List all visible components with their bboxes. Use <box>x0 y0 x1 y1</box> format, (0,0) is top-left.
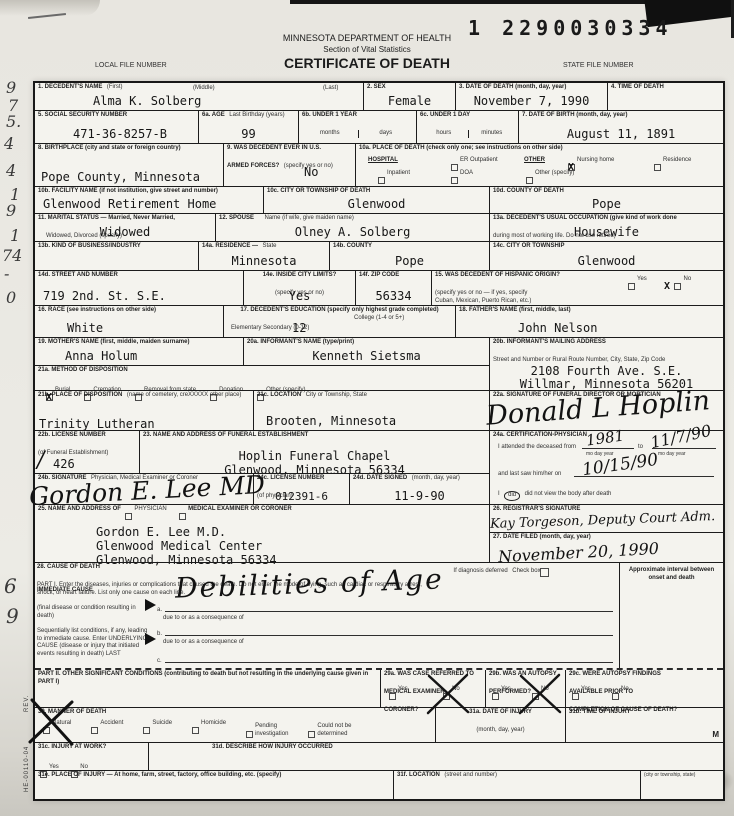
left-column: 22b. LICENSE NUMBER (of Funeral Establis… <box>35 431 489 504</box>
option-homicide: Homicide <box>192 720 226 738</box>
option-label-wrap: Could not bedetermined <box>317 723 351 738</box>
option-yes: Yes <box>572 686 591 704</box>
field-label: 14c. CITY OR TOWNSHIP <box>493 243 564 251</box>
field-3-date-of-death: 3. DATE OF DEATH (month, day, year) Nove… <box>455 83 607 110</box>
value: No <box>304 166 318 180</box>
value: Female <box>364 95 455 109</box>
checkbox <box>192 727 199 734</box>
field-31f-location: 31f. LOCATION (street and number) <box>393 771 640 799</box>
scanned-death-certificate: 1 2290030334 MINNESOTA DEPARTMENT OF HEA… <box>0 0 734 816</box>
checkbox: X <box>568 164 575 171</box>
field-14d-street: 14d. STREET AND NUMBER 719 2nd. St. S.E. <box>35 271 243 305</box>
option-yes: Yes <box>492 686 511 704</box>
value-line-1: Gordon E. Lee M.D. <box>96 526 486 540</box>
field-label: 8. BIRTHPLACE (city and state or foreign… <box>38 145 181 153</box>
option-physician: PHYSICIAN <box>134 506 166 514</box>
state-file-number-label: STATE FILE NUMBER <box>563 62 634 71</box>
header-department: MINNESOTA DEPARTMENT OF HEALTH <box>0 33 734 43</box>
field-label: 9. WAS DECEDENT EVER IN U.S. <box>227 145 321 153</box>
field-1-decedent-name: 1. DECEDENT'S NAME (First) (Middle) (Las… <box>35 83 363 110</box>
value: Glenwood <box>264 198 489 212</box>
group-other: OTHER <box>524 157 545 165</box>
sublabel: Last Birthday (years) <box>229 112 284 120</box>
row-residence: 13b. KIND OF BUSINESS/INDUSTRY 14a. RESI… <box>35 241 723 270</box>
label-text: did not view the body after death <box>525 491 612 499</box>
field-label: 14a. RESIDENCE — <box>202 243 258 251</box>
cause-line-c <box>165 652 613 663</box>
value: White <box>67 322 103 336</box>
field-label: 31f. LOCATION <box>397 772 440 780</box>
field-31b-time-of-injury: 31b. TIME OF INJURY M <box>565 708 723 742</box>
field-10b-facility-name: 10b. FACILITY NAME (if not institution, … <box>35 187 263 213</box>
field-label: 28. CAUSE OF DEATH <box>37 564 100 572</box>
field-6b-under-1-year: 6b. UNDER 1 YEAR months days <box>298 111 416 143</box>
checkbox <box>526 177 533 184</box>
sublabel: (month, day, year) <box>439 727 562 735</box>
right-column: 26. REGISTRAR'S SIGNATURE Kay Torgeson, … <box>489 505 723 562</box>
sublabel: City or Township, State <box>306 392 367 400</box>
field-31e-place-of-injury: 31e. PLACE OF INJURY — At home, farm, st… <box>35 771 393 799</box>
sublabel-middle: (Middle) <box>193 85 215 93</box>
sequential-instructions: Sequentially list conditions, if any, le… <box>37 628 149 658</box>
option-label: Accident <box>100 720 123 728</box>
field-label: 11. MARITAL STATUS — Married, Never Marr… <box>38 215 175 223</box>
checkbox <box>308 731 315 738</box>
value: Brooten, Minnesota <box>266 415 396 429</box>
row-marital-spouse-occupation: 11. MARITAL STATUS — Married, Never Marr… <box>35 213 723 241</box>
checkbox <box>674 283 681 290</box>
field-label: 3. DATE OF DEATH (month, day, year) <box>459 84 566 92</box>
row-place-of-injury: 31e. PLACE OF INJURY — At home, farm, st… <box>35 770 723 799</box>
x-mark: X <box>568 162 574 173</box>
value: Pope County, Minnesota <box>41 171 200 185</box>
field-5-ssn: 5. SOCIAL SECURITY NUMBER 471-36-8257-B <box>35 111 198 143</box>
diagnosis-deferred: If diagnosis deferred Check box <box>451 568 543 586</box>
option-label: No <box>683 276 691 284</box>
margin-mark: 74 <box>2 246 22 265</box>
field-22b-license-number: 22b. LICENSE NUMBER (of Funeral Establis… <box>35 431 139 473</box>
value: 426 <box>53 458 75 472</box>
checkbox-label: Check box <box>512 568 540 576</box>
group-hospital: HOSPITAL <box>368 157 398 165</box>
option-no-checked: X No <box>664 276 691 294</box>
checkbox <box>246 731 253 738</box>
value: 471-36-8257-B <box>73 128 167 142</box>
row-certifier-registrar: 25. NAME AND ADDRESS OF PHYSICIAN MEDICA… <box>35 504 723 562</box>
field-label-2: ARMED FORCES? <box>227 163 279 171</box>
field-28-cause-of-death: 28. CAUSE OF DEATH PART I. Enter the dis… <box>35 563 619 668</box>
form-code-vertical: HE-00110-04 <box>24 746 30 792</box>
field-27-date-filed: 27. DATE FILED (month, day, year) Novemb… <box>490 532 723 562</box>
field-label: 1. DECEDENT'S NAME <box>38 84 102 92</box>
checkbox <box>492 693 499 700</box>
value: Kenneth Sietsma <box>244 350 489 364</box>
field-label: 29c. WERE AUTOPSY FINDINGS <box>569 671 661 679</box>
field-25-certifier-name-address: 25. NAME AND ADDRESS OF PHYSICIAN MEDICA… <box>35 505 489 562</box>
immediate-cause-stub: IMMEDIATE CAUSE (final disease or condit… <box>37 587 149 658</box>
field-15-hispanic-origin: 15. WAS DECEDENT OF HISPANIC ORIGIN? (sp… <box>431 271 723 305</box>
sublabel: (street and number) <box>444 772 497 780</box>
deferred-label: If diagnosis deferred <box>453 568 507 576</box>
meridiem-label: M <box>712 730 719 740</box>
referred-no-x-mark <box>424 672 472 716</box>
row-cause-of-death: 28. CAUSE OF DEATH PART I. Enter the dis… <box>35 562 723 668</box>
field-14e-inside-city-limits: 14e. INSIDE CITY LIMITS? (specify yes or… <box>243 271 355 305</box>
field-10c-city-of-death: 10c. CITY OR TOWNSHIP OF DEATH Glenwood <box>263 187 489 213</box>
row-decedent: 1. DECEDENT'S NAME (First) (Middle) (Las… <box>35 83 723 110</box>
last-saw-text: and last saw him/her on <box>498 471 561 489</box>
field-30-manner-of-death: 30. MANNER OF DEATH Natural Accident Sui… <box>35 708 435 742</box>
value: Pope <box>330 255 489 269</box>
attended-text: I attended the deceased from <box>498 444 576 462</box>
field-20a-informant-name: 20a. INFORMANT'S NAME (type/print) Kenne… <box>243 338 489 365</box>
option-no: No <box>612 686 629 704</box>
value: Glenwood Retirement Home <box>43 198 216 212</box>
field-label: 14e. INSIDE CITY LIMITS? <box>247 272 352 280</box>
subcolumns: hours minutes <box>420 130 515 138</box>
value-line-2: Glenwood Medical Center <box>96 540 486 554</box>
field-13b-industry: 13b. KIND OF BUSINESS/INDUSTRY <box>35 242 198 270</box>
row-ssn-age-dob: 5. SOCIAL SECURITY NUMBER 471-36-8257-B … <box>35 110 723 143</box>
checkbox <box>179 513 186 520</box>
field-19-mother-name: 19. MOTHER'S NAME (first, middle, maiden… <box>35 338 243 365</box>
field-14f-zip: 14f. ZIP CODE 56334 <box>355 271 431 305</box>
to-label: to <box>638 444 643 452</box>
field-14b-county: 14b. COUNTY Pope <box>329 242 489 270</box>
option-label: Yes <box>398 686 408 694</box>
subcol-minutes: minutes <box>468 130 516 138</box>
field-28-interval-column: Approximate interval between onset and d… <box>619 563 723 668</box>
checkbox <box>540 568 549 577</box>
margin-mark: 5. <box>6 112 21 131</box>
margin-mark: 6 <box>4 574 17 598</box>
field-label: PART II. OTHER SIGNIFICANT CONDITIONS (c… <box>38 671 377 686</box>
option-label: Yes <box>637 276 647 284</box>
value: 99 <box>199 128 298 142</box>
field-label: 13b. KIND OF BUSINESS/INDUSTRY <box>38 243 141 251</box>
arrow-icon <box>145 633 156 645</box>
row-funeral-establishment-certification: 22b. LICENSE NUMBER (of Funeral Establis… <box>35 430 723 504</box>
field-31d-how-injury-occurred: 31d. DESCRIBE HOW INJURY OCCURRED <box>148 743 723 770</box>
checkbox <box>654 164 661 171</box>
field-label: 21a. METHOD OF DISPOSITION <box>38 367 128 375</box>
field-4-time-of-death: 4. TIME OF DEATH <box>607 83 723 110</box>
sublabel: (month, day, year) <box>412 475 460 483</box>
margin-mark: 4 <box>4 134 14 153</box>
field-11-marital-status: 11. MARITAL STATUS — Married, Never Marr… <box>35 214 215 241</box>
field-12-spouse: 12. SPOUSE Name (if wife, give maiden na… <box>215 214 489 241</box>
value: Housewife <box>490 226 723 240</box>
field-label: 31d. DESCRIBE HOW INJURY OCCURRED <box>212 744 333 752</box>
value: Minnesota <box>199 255 329 269</box>
option-label: ER Outpatient <box>460 157 498 165</box>
sublabel: (name of cemetery, creXXXXX other place) <box>127 392 242 400</box>
row-birthplace-place-of-death: 8. BIRTHPLACE (city and state or foreign… <box>35 143 723 186</box>
field-label: 24d. DATE SIGNED <box>353 475 407 483</box>
field-label: 15. WAS DECEDENT OF HISPANIC ORIGIN? <box>435 272 560 280</box>
field-label: 27. DATE FILED (month, day, year) <box>493 534 591 542</box>
row-street-hispanic: 14d. STREET AND NUMBER 719 2nd. St. S.E.… <box>35 270 723 305</box>
margin-mark: 9 <box>6 604 19 628</box>
checkbox <box>378 177 385 184</box>
option-residence: Residence <box>654 157 691 175</box>
field-16-race: 16. RACE (see instructions on other side… <box>35 306 223 337</box>
option-label: Inpatient <box>387 170 410 178</box>
label-text: I attended the deceased from <box>498 444 576 452</box>
field-9-armed-forces: 9. WAS DECEDENT EVER IN U.S. ARMED FORCE… <box>223 144 355 186</box>
date-sublabel: mo day year <box>658 451 686 457</box>
option-nursing-home-checked: XNursing home <box>568 157 614 175</box>
field-label: 18. FATHER'S NAME (first, middle, last) <box>459 307 571 315</box>
field-7-date-of-birth: 7. DATE OF BIRTH (month, day, year) Augu… <box>518 111 723 143</box>
checkbox <box>91 727 98 734</box>
field-24b-physician-signature: 24b. SIGNATURE Physician, Medical Examin… <box>35 474 253 505</box>
option-label: determined <box>317 731 351 739</box>
option-yes: Yes <box>628 276 647 294</box>
option-label: Yes <box>501 686 511 694</box>
margin-mark: 9 <box>6 78 16 97</box>
row-facility: 10b. FACILITY NAME (if not institution, … <box>35 186 723 213</box>
checkbox <box>572 693 579 700</box>
field-label: 6a. AGE <box>202 112 225 120</box>
field-label: 21c. LOCATION <box>257 392 301 400</box>
field-label: 10a. PLACE OF DEATH (check only one; see… <box>359 145 563 153</box>
option-yes: Yes <box>389 686 408 704</box>
immediate-cause-sublabel: (final disease or condition resulting in… <box>37 605 149 620</box>
cause-line-b <box>165 625 613 636</box>
value: August 11, 1891 <box>519 128 723 142</box>
field-26-registrar-signature: 26. REGISTRAR'S SIGNATURE Kay Torgeson, … <box>490 505 723 532</box>
option-label: Could not be <box>317 723 351 731</box>
field-label: 22b. LICENSE NUMBER <box>38 432 106 440</box>
margin-mark: 4 <box>6 161 16 180</box>
field-13a-occupation: 13a. DECEDENT'S USUAL OCCUPATION (give k… <box>489 214 723 241</box>
subcol-months: months <box>302 130 358 138</box>
immediate-cause-label: IMMEDIATE CAUSE <box>37 587 93 595</box>
value: Alma K. Solberg <box>93 95 201 109</box>
option-label: investigation <box>255 731 288 739</box>
field-21c-location: 21c. LOCATION City or Township, State Br… <box>253 391 489 430</box>
field-10a-place-of-death: 10a. PLACE OF DEATH (check only one; see… <box>355 144 723 186</box>
checkbox <box>451 177 458 184</box>
checkbox <box>612 693 619 700</box>
margin-mark: 0 <box>6 288 16 307</box>
checkbox <box>143 727 150 734</box>
field-label: 24a. CERTIFICATION-PHYSICIAN <box>493 432 587 440</box>
left-column: 19. MOTHER'S NAME (first, middle, maiden… <box>35 338 489 390</box>
field-24d-date-signed: 24d. DATE SIGNED (month, day, year) 11-9… <box>349 474 489 505</box>
field-label: 17. DECEDENT'S EDUCATION (specify only h… <box>227 307 452 315</box>
field-29c-findings-available: 29c. WERE AUTOPSY FINDINGS AVAILABLE PRI… <box>565 670 723 707</box>
field-label: 12. SPOUSE <box>219 215 254 223</box>
certificate-form: 1. DECEDENT'S NAME (First) (Middle) (Las… <box>33 81 725 801</box>
option-undetermined: Could not bedetermined <box>308 723 351 738</box>
sublabel: Name (if wife, give maiden name) <box>264 215 353 223</box>
subcolumns: months days <box>302 130 413 138</box>
subcol-hours: hours <box>420 130 468 138</box>
circled-did: did <box>504 491 520 501</box>
line-c-letter: c. <box>157 658 162 666</box>
field-label: 31b. TIME OF INJURY <box>569 709 630 717</box>
autopsy-no-x-mark <box>516 672 564 716</box>
checkbox <box>125 513 132 520</box>
field-label: 2. SEX <box>367 84 386 92</box>
option-pending: Pendinginvestigation <box>246 723 288 738</box>
field-24a-certification-physician: 24a. CERTIFICATION-PHYSICIAN I attended … <box>489 431 723 504</box>
sublabel-2: Cuban, Mexican, Puerto Rican, etc.) <box>435 298 720 306</box>
field-18-father-name: 18. FATHER'S NAME (first, middle, last) … <box>455 306 723 337</box>
field-label: 6b. UNDER 1 YEAR <box>302 112 357 120</box>
field-24c-physician-license: 24c. LICENSE NUMBER (of physician) 01239… <box>253 474 349 505</box>
option-label: Homicide <box>201 720 226 728</box>
field-6a-age: 6a. AGE Last Birthday (years) 99 <box>198 111 298 143</box>
value: John Nelson <box>518 322 597 336</box>
field-label: 10b. FACILITY NAME (if not institution, … <box>38 188 218 196</box>
option-suicide: Suicide <box>143 720 172 738</box>
row-part2-autopsy: PART II. OTHER SIGNIFICANT CONDITIONS (c… <box>35 668 723 707</box>
interval-label: Approximate interval between onset and d… <box>623 567 720 582</box>
field-23-funeral-establishment: 23. NAME AND ADDRESS OF FUNERAL ESTABLIS… <box>139 431 489 473</box>
field-label: 20b. INFORMANT'S MAILING ADDRESS <box>493 339 606 347</box>
field-6c-under-1-day: 6c. UNDER 1 DAY hours minutes <box>416 111 518 143</box>
field-label: 13a. DECEDENT'S USUAL OCCUPATION (give k… <box>493 215 677 223</box>
due-to-label: due to or as a consequence of <box>163 615 244 623</box>
option-label: Yes <box>581 686 591 694</box>
label-text: and last saw him/her on <box>498 471 561 479</box>
value-line-1: 2108 Fourth Ave. S.E. <box>493 365 720 379</box>
sublabel: State <box>262 243 276 251</box>
label-text: I <box>498 491 500 499</box>
value-line-1: Hoplin Funeral Chapel <box>143 450 486 464</box>
margin-mark: - <box>4 264 9 283</box>
value: Olney A. Solberg <box>216 226 489 240</box>
margin-mark: 1 <box>10 226 20 245</box>
field-label: 5. SOCIAL SECURITY NUMBER <box>38 112 127 120</box>
field-label: 23. NAME AND ADDRESS OF FUNERAL ESTABLIS… <box>143 432 308 440</box>
field-label: 31e. PLACE OF INJURY — At home, farm, st… <box>38 772 281 780</box>
value: 719 2nd. St. S.E. <box>43 290 166 304</box>
x-mark: X <box>664 281 670 292</box>
field-label: 21b. PLACE OF DISPOSITION <box>38 392 122 400</box>
manner-natural-x-mark <box>26 696 76 748</box>
field-20b-informant-address: 20b. INFORMANT'S MAILING ADDRESS Street … <box>489 338 723 390</box>
header-section: Section of Vital Statistics <box>0 45 734 54</box>
option-label: Residence <box>663 157 691 165</box>
city-state-sublabel: (city or township, state) <box>644 772 695 778</box>
value: Pope <box>490 198 723 212</box>
value: 12 <box>292 322 306 336</box>
field-label: 14b. COUNTY <box>333 243 372 251</box>
field-label: 10d. COUNTY OF DEATH <box>493 188 564 196</box>
field-label: 4. TIME OF DEATH <box>611 84 664 92</box>
row-mother-informant-disposition: 19. MOTHER'S NAME (first, middle, maiden… <box>35 337 723 390</box>
value: 11-9-90 <box>350 490 489 504</box>
subcol-days: days <box>358 130 414 138</box>
local-file-number-label: LOCAL FILE NUMBER <box>95 62 167 71</box>
field-14a-residence-state: 14a. RESIDENCE — State Minnesota <box>198 242 329 270</box>
value: 012391-6 <box>254 491 349 504</box>
field-31f-city-state: (city or township, state) <box>640 771 723 799</box>
option-label: Pending <box>255 723 288 731</box>
field-label: 6c. UNDER 1 DAY <box>420 112 470 120</box>
field-17-education: 17. DECEDENT'S EDUCATION (specify only h… <box>223 306 455 337</box>
pen-slash-mark: / <box>37 448 44 473</box>
option-label: No <box>621 686 629 694</box>
value: Glenwood <box>490 255 723 269</box>
field-label: 19. MOTHER'S NAME (first, middle, maiden… <box>38 339 189 347</box>
field-label: 10c. CITY OR TOWNSHIP OF DEATH <box>267 188 370 196</box>
row-method-of-disposition: 21a. METHOD OF DISPOSITION XBurial Crema… <box>35 365 489 390</box>
due-to-label: due to or as a consequence of <box>163 639 244 647</box>
row-injury-at-work: 31c. INJURY AT WORK? Yes No 31d. DESCRIB… <box>35 742 723 770</box>
sublabel-first: (First) <box>107 84 123 92</box>
sublabel-last: (Last) <box>323 85 338 93</box>
option-label-wrap: Pendinginvestigation <box>255 723 288 738</box>
field-label: 14d. STREET AND NUMBER <box>38 272 118 280</box>
field-10d-county-of-death: 10d. COUNTY OF DEATH Pope <box>489 187 723 213</box>
value: Widowed <box>35 226 215 240</box>
line-b-letter: b. <box>157 631 162 639</box>
field-label: 20a. INFORMANT'S NAME (type/print) <box>247 339 354 347</box>
row-disposition-place: 21b. PLACE OF DISPOSITION (name of cemet… <box>35 390 723 430</box>
field-2-sex: 2. SEX Female <box>363 83 455 110</box>
value: November 7, 1990 <box>456 95 607 109</box>
line-a-letter: a. <box>157 607 162 615</box>
margin-mark: 9 <box>6 201 16 220</box>
option-label: DOA <box>460 170 473 178</box>
checkbox <box>389 693 396 700</box>
checkbox <box>628 283 635 290</box>
field-label: 7. DATE OF BIRTH (month, day, year) <box>522 112 627 120</box>
value: Anna Holum <box>65 350 137 364</box>
option-label: Suicide <box>152 720 172 728</box>
sublabel-college: College (1-4 or 5+) <box>354 315 404 323</box>
value: Yes <box>244 290 355 304</box>
field-label: 14f. ZIP CODE <box>359 272 399 280</box>
row-manner-of-death: 30. MANNER OF DEATH Natural Accident Sui… <box>35 707 723 742</box>
field-label: 16. RACE (see instructions on other side… <box>38 307 156 315</box>
value: 56334 <box>356 290 431 304</box>
option-accident: Accident <box>91 720 123 738</box>
field-label: 26. REGISTRAR'S SIGNATURE <box>493 506 580 514</box>
row-physician-signature: 24b. SIGNATURE Physician, Medical Examin… <box>35 473 489 505</box>
field-21b-place-of-disposition: 21b. PLACE OF DISPOSITION (name of cemet… <box>35 391 253 430</box>
option-medical-examiner: MEDICAL EXAMINER OR CORONER <box>188 506 292 514</box>
field-label: 24c. LICENSE NUMBER <box>257 475 324 483</box>
row-race-education-father: 16. RACE (see instructions on other side… <box>35 305 723 337</box>
field-21a-method-of-disposition: 21a. METHOD OF DISPOSITION XBurial Crema… <box>35 366 489 390</box>
field-14c-city: 14c. CITY OR TOWNSHIP Glenwood <box>489 242 723 270</box>
row-license-establishment: 22b. LICENSE NUMBER (of Funeral Establis… <box>35 431 489 473</box>
field-part2-other-conditions: PART II. OTHER SIGNIFICANT CONDITIONS (c… <box>35 670 380 707</box>
option-label: Nursing home <box>577 157 614 165</box>
options: Natural Accident Suicide Homicide Pendin… <box>43 720 351 738</box>
field-8-birthplace: 8. BIRTHPLACE (city and state or foreign… <box>35 144 223 186</box>
row-mother-informant: 19. MOTHER'S NAME (first, middle, maiden… <box>35 338 489 365</box>
arrow-icon <box>145 599 156 611</box>
